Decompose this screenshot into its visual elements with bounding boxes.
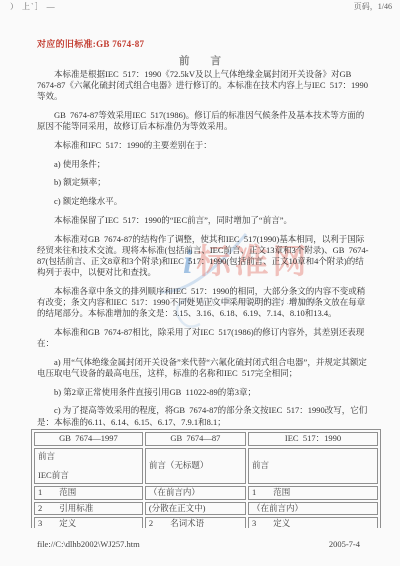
table-cell: (分散在正文中)	[145, 502, 246, 516]
table-row: 1 范围 （在前言内） 1 范围	[34, 486, 378, 500]
list-item-b2: b) 第2章正常使用条件直接引用GB 11022-89的第3章；	[37, 387, 370, 398]
table-cell: （在前言内）	[145, 486, 246, 500]
paragraph: 本标准对GB 7674-87的结构作了调整，使其和IEC 517(1990)基本…	[37, 234, 370, 279]
table-header-row: GB 7674—1997 GB 7674—87 IEC 517：1990	[34, 432, 378, 446]
table-row: 3 定义 2 名词术语 3 定义	[34, 517, 378, 528]
table-cell: 前言 IEC前言	[34, 448, 143, 484]
print-date: 2005-7-4	[329, 539, 360, 549]
table-cell: 1 范围	[248, 486, 378, 500]
table-cell: 前言	[248, 448, 378, 484]
file-path: file://C:\dlhb2002\WJ257.htm	[37, 539, 140, 549]
list-item-a: a) 使用条件；	[37, 159, 370, 170]
list-item-c2: c) 为了提高等效采用的程度，将GB 7674-87的部分条文按IEC 517：…	[37, 405, 370, 427]
paragraph: GB 7674-87等效采用IEC 517(1986)。修订后的标准因气候条件及…	[37, 110, 370, 132]
structure-comparison-table: GB 7674—1997 GB 7674—87 IEC 517：1990 前言 …	[31, 429, 381, 528]
foreword-title: 前 言	[0, 53, 400, 68]
col-header-iec517: IEC 517：1990	[248, 432, 378, 446]
list-item-a2: a) 用“气体绝缘金属封闭开关设备”来代替“六氟化硫封闭式组合电器”，并规定其额…	[37, 357, 370, 379]
structure-comparison-table-wrap: GB 7674—1997 GB 7674—87 IEC 517：1990 前言 …	[31, 429, 383, 528]
table-cell: 3 定义	[248, 517, 378, 528]
list-item-b: b) 额定频率；	[37, 177, 370, 188]
paragraph: 本标准保留了IEC 517：1990的“IEC前言”，同时增加了“前言”。	[37, 215, 370, 226]
paragraph: 本标准各章中条文的排列顺序和IEC 517：1990的相同，大部分条文的内容不变…	[37, 286, 370, 320]
col-header-gb1997: GB 7674—1997	[34, 432, 143, 446]
print-header-left: ） 上`］ —	[10, 1, 56, 12]
table-cell: 3 定义	[34, 517, 143, 528]
col-header-gb87: GB 7674—87	[145, 432, 246, 446]
list-item-c: c) 额定绝缘水平。	[37, 196, 370, 207]
old-standard-note: 对应的旧标准:GB 7674-87	[37, 37, 144, 50]
table-cell: （在前言内）	[248, 502, 378, 516]
table-cell: 前言（无标题）	[145, 448, 246, 484]
table-row: 2 引用标准 (分散在正文中) （在前言内）	[34, 502, 378, 516]
page-number: 页码，1/46	[354, 1, 392, 12]
paragraph: 本标准是根据IEC 517：1990《72.5kV及以上气体绝缘金属封闭开关设备…	[37, 69, 370, 103]
table-row: 前言 IEC前言 前言（无标题） 前言	[34, 448, 378, 484]
table-cell: 1 范围	[34, 486, 143, 500]
paragraph: 本标准和GB 7674-87相比，除采用了对IEC 517(1986)的修订内容…	[37, 327, 370, 349]
table-cell: 2 引用标准	[34, 502, 143, 516]
paragraph: 本标准和IFC 517：1990的主要差别在于：	[37, 140, 370, 151]
table-cell: 2 名词术语	[145, 517, 246, 528]
foreword-body: 本标准是根据IEC 517：1990《72.5kV及以上气体绝缘金属封闭开关设备…	[37, 69, 370, 428]
